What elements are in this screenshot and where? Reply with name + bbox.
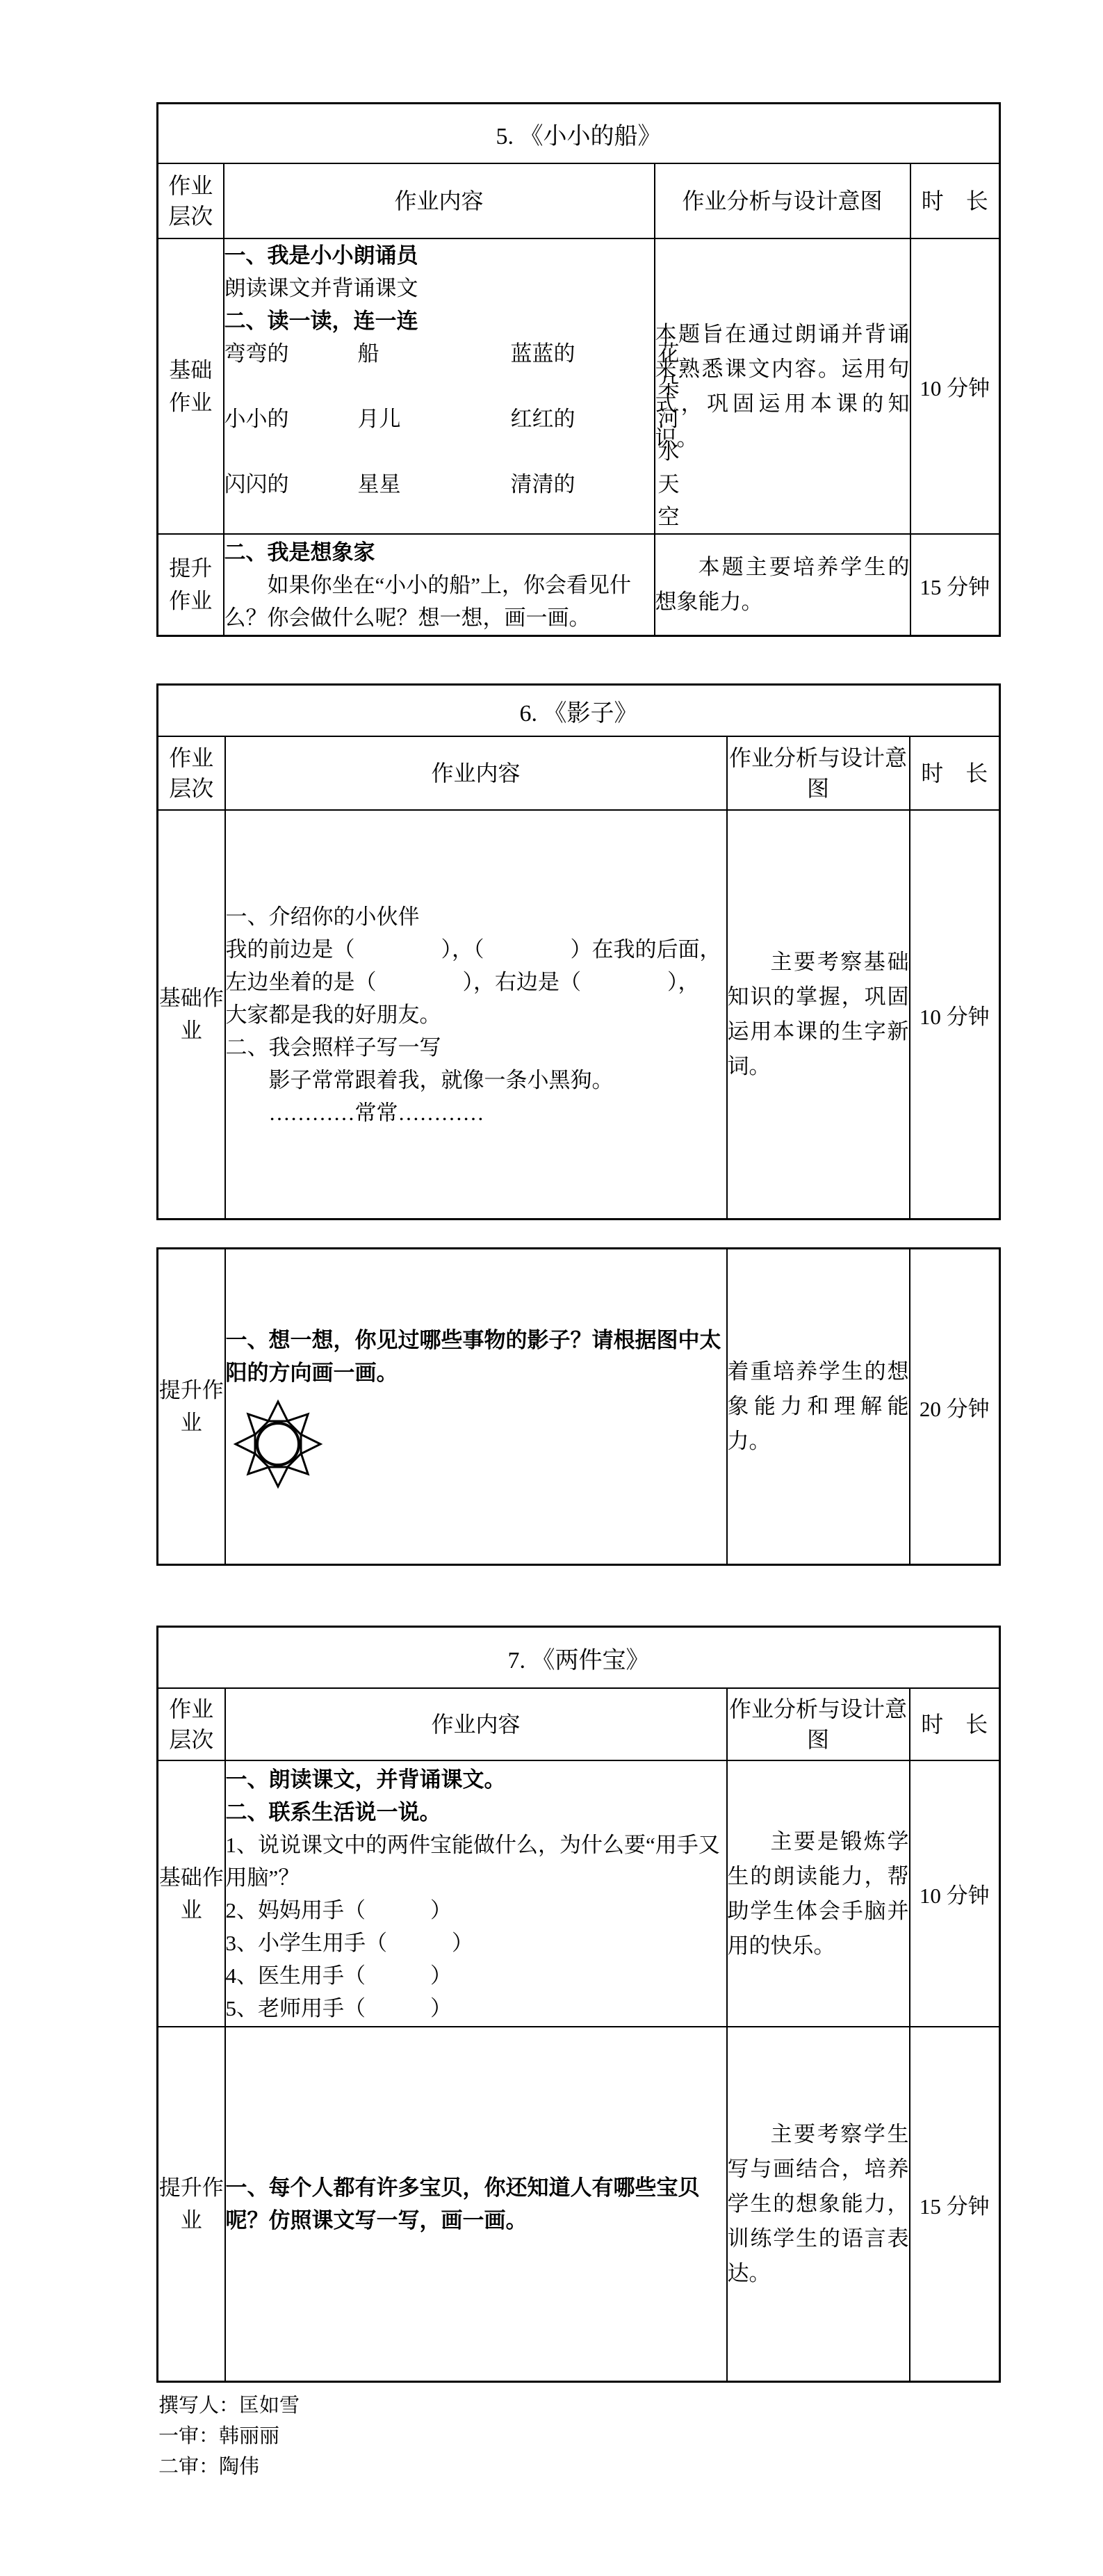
table-row: 作业层次 作业内容 作业分析与设计意图 时 长 (158, 1688, 1000, 1760)
level-cell-basic: 基础作业 (158, 810, 225, 1220)
table-row: 6. 《影子》 (158, 685, 1000, 737)
time-cell: 10 分钟 (910, 1760, 1000, 2027)
match-item: 月儿 (358, 403, 511, 468)
table-row: 7. 《两件宝》 (158, 1627, 1000, 1689)
level-cell-basic: 基础作业 (158, 1760, 225, 2027)
header-analysis-col: 作业分析与设计意图 (727, 736, 910, 810)
content-line: 二、读一读，连一连 (224, 305, 654, 337)
table-row: 5. 《小小的船》 (158, 104, 1000, 164)
content-line: 左边坐着的是（ ），右边是（ ）， (226, 966, 726, 998)
match-item: 天空 (658, 468, 680, 533)
time-cell: 15 分钟 (910, 2027, 1000, 2382)
content-line: 2、妈妈用手（ ） (226, 1894, 726, 1927)
header-analysis-col: 作业分析与设计意图 (655, 163, 910, 238)
content-line: 一、每个人都有许多宝贝，你还知道人有哪些宝贝呢？仿照课文写一写，画一画。 (226, 2171, 726, 2237)
table-title: 5. 《小小的船》 (158, 104, 1000, 164)
time-cell: 10 分钟 (910, 238, 1000, 534)
match-item: 清清的 (511, 468, 658, 533)
content-cell: 二、我是想象家 如果你坐在“小小的船”上，你会看见什么？你会做什么呢？想一想，画… (224, 534, 655, 636)
homework-table-lesson6: 6. 《影子》 作业层次 作业内容 作业分析与设计意图 时 长 基础作业 一、介… (156, 683, 1001, 1220)
match-item: 蓝蓝的 (511, 337, 658, 403)
match-item: 弯弯的 (224, 337, 358, 403)
analysis-text: 着重培养学生的想象能力和理解能力。 (728, 1354, 909, 1459)
content-line: 5、老师用手（ ） (226, 1992, 726, 2025)
content-line: 一、想一想，你见过哪些事物的影子？请根据图中太阳的方向画一画。 (226, 1324, 726, 1389)
analysis-cell: 主要考察基础知识的掌握，巩固运用本课的生字新词。 (727, 810, 910, 1220)
content-line: 二、我会照样子写一写 (226, 1031, 726, 1064)
analysis-text: 主要考察学生写与画结合，培养学生的想象能力，训练学生的语言表达。 (728, 2117, 909, 2291)
header-time-col: 时 长 (910, 163, 1000, 238)
header-level-col: 作业层次 (158, 163, 224, 238)
level-cell-advanced: 提升作业 (158, 534, 224, 636)
level-cell-basic: 基础作业 (158, 238, 224, 534)
table-row: 基础作业 一、我是小小朗诵员 朗读课文并背诵课文 二、读一读，连一连 弯弯的 船… (158, 238, 1000, 534)
content-cell: 一、想一想，你见过哪些事物的影子？请根据图中太阳的方向画一画。 (225, 1249, 727, 1565)
level-cell-advanced: 提升作业 (158, 1249, 225, 1565)
content-line: …………常常………… (226, 1096, 726, 1129)
homework-table-lesson5: 5. 《小小的船》 作业层次 作业内容 作业分析与设计意图 时 长 基础作业 一… (156, 102, 1001, 637)
content-cell: 一、我是小小朗诵员 朗读课文并背诵课文 二、读一读，连一连 弯弯的 船 蓝蓝的 … (224, 238, 655, 534)
content-line: 朗读课文并背诵课文 (224, 272, 654, 305)
match-item: 红红的 (511, 403, 658, 468)
content-line: 影子常常跟着我，就像一条小黑狗。 (226, 1064, 726, 1096)
content-line: 我的前边是（ ），（ ）在我的后面， (226, 933, 726, 966)
analysis-text: 本题旨在通过朗诵并背诵来熟悉课文内容。运用句式，巩固运用本课的知识。 (655, 317, 910, 456)
content-line: 大家都是我的好朋友。 (226, 998, 726, 1031)
table-title: 6. 《影子》 (158, 685, 1000, 737)
time-cell: 20 分钟 (910, 1249, 1000, 1565)
table-row: 基础作业 一、介绍你的小伙伴 我的前边是（ ），（ ）在我的后面， 左边坐着的是… (158, 810, 1000, 1220)
homework-table-lesson6-advanced: 提升作业 一、想一想，你见过哪些事物的影子？请根据图中太阳的方向画一画。 (156, 1247, 1001, 1566)
content-line: 3、小学生用手（ ） (226, 1927, 726, 1959)
table-row: 基础作业 一、朗读课文，并背诵课文。 二、联系生活说一说。 1、说说课文中的两件… (158, 1760, 1000, 2027)
content-cell: 一、介绍你的小伙伴 我的前边是（ ），（ ）在我的后面， 左边坐着的是（ ），右… (225, 810, 727, 1220)
match-item: 船 (358, 337, 511, 403)
homework-table-lesson7: 7. 《两件宝》 作业层次 作业内容 作业分析与设计意图 时 长 基础作业 一、… (156, 1626, 1001, 2383)
content-line: 一、朗读课文，并背诵课文。 (226, 1763, 726, 1796)
footer-line-writer: 撰写人：匡如雪 (158, 2390, 300, 2421)
analysis-cell: 主要考察学生写与画结合，培养学生的想象能力，训练学生的语言表达。 (727, 2027, 910, 2382)
content-line: 二、我是想象家 (224, 536, 654, 569)
footer-line-first-reviewer: 一审：韩丽丽 (158, 2421, 300, 2452)
content-line: 一、介绍你的小伙伴 (226, 900, 726, 933)
analysis-cell: 着重培养学生的想象能力和理解能力。 (727, 1249, 910, 1565)
sun-icon (233, 1399, 323, 1489)
content-cell: 一、每个人都有许多宝贝，你还知道人有哪些宝贝呢？仿照课文写一写，画一画。 (225, 2027, 727, 2382)
content-line: 1、说说课文中的两件宝能做什么，为什么要“用手又用脑”？ (226, 1829, 726, 1894)
analysis-text: 本题主要培养学生的想象能力。 (655, 550, 910, 619)
content-line: 如果你坐在“小小的船”上，你会看见什么？你会做什么呢？想一想，画一画。 (224, 569, 654, 634)
header-time-col: 时 长 (910, 1688, 1000, 1760)
table-row: 作业层次 作业内容 作业分析与设计意图 时 长 (158, 163, 1000, 238)
match-item: 星星 (358, 468, 511, 533)
footer-line-second-reviewer: 二审：陶伟 (158, 2452, 300, 2482)
time-cell: 15 分钟 (910, 534, 1000, 636)
analysis-text: 主要是锻炼学生的朗读能力，帮助学生体会手脑并用的快乐。 (728, 1824, 909, 1963)
match-item: 小小的 (224, 403, 358, 468)
analysis-cell: 主要是锻炼学生的朗读能力，帮助学生体会手脑并用的快乐。 (727, 1760, 910, 2027)
table-row: 提升作业 一、想一想，你见过哪些事物的影子？请根据图中太阳的方向画一画。 (158, 1249, 1000, 1565)
header-level-col: 作业层次 (158, 1688, 225, 1760)
header-content-col: 作业内容 (225, 1688, 727, 1760)
analysis-text: 主要考察基础知识的掌握，巩固运用本课的生字新词。 (728, 945, 909, 1084)
content-line: 二、联系生活说一说。 (226, 1796, 726, 1829)
header-time-col: 时 长 (910, 736, 1000, 810)
table-title: 7. 《两件宝》 (158, 1627, 1000, 1689)
content-line: 4、医生用手（ ） (226, 1959, 726, 1992)
document-footer: 撰写人：匡如雪 一审：韩丽丽 二审：陶伟 (158, 2390, 300, 2482)
table-row: 提升作业 二、我是想象家 如果你坐在“小小的船”上，你会看见什么？你会做什么呢？… (158, 534, 1000, 636)
time-cell: 10 分钟 (910, 810, 1000, 1220)
header-content-col: 作业内容 (225, 736, 727, 810)
match-item: 闪闪的 (224, 468, 358, 533)
table-row: 作业层次 作业内容 作业分析与设计意图 时 长 (158, 736, 1000, 810)
header-analysis-col: 作业分析与设计意图 (727, 1688, 910, 1760)
document-page: 5. 《小小的船》 作业层次 作业内容 作业分析与设计意图 时 长 基础作业 一… (0, 0, 1103, 2576)
analysis-cell: 本题旨在通过朗诵并背诵来熟悉课文内容。运用句式，巩固运用本课的知识。 (655, 238, 910, 534)
header-level-col: 作业层次 (158, 736, 225, 810)
content-line: 一、我是小小朗诵员 (224, 239, 654, 272)
analysis-cell: 本题主要培养学生的想象能力。 (655, 534, 910, 636)
content-cell: 一、朗读课文，并背诵课文。 二、联系生活说一说。 1、说说课文中的两件宝能做什么… (225, 1760, 727, 2027)
level-cell-advanced: 提升作业 (158, 2027, 225, 2382)
matching-exercise: 弯弯的 船 蓝蓝的 花朵 小小的 月儿 红红的 河水 闪闪的 星星 清清的 天空 (224, 337, 654, 533)
header-content-col: 作业内容 (224, 163, 655, 238)
table-row: 提升作业 一、每个人都有许多宝贝，你还知道人有哪些宝贝呢？仿照课文写一写，画一画… (158, 2027, 1000, 2382)
